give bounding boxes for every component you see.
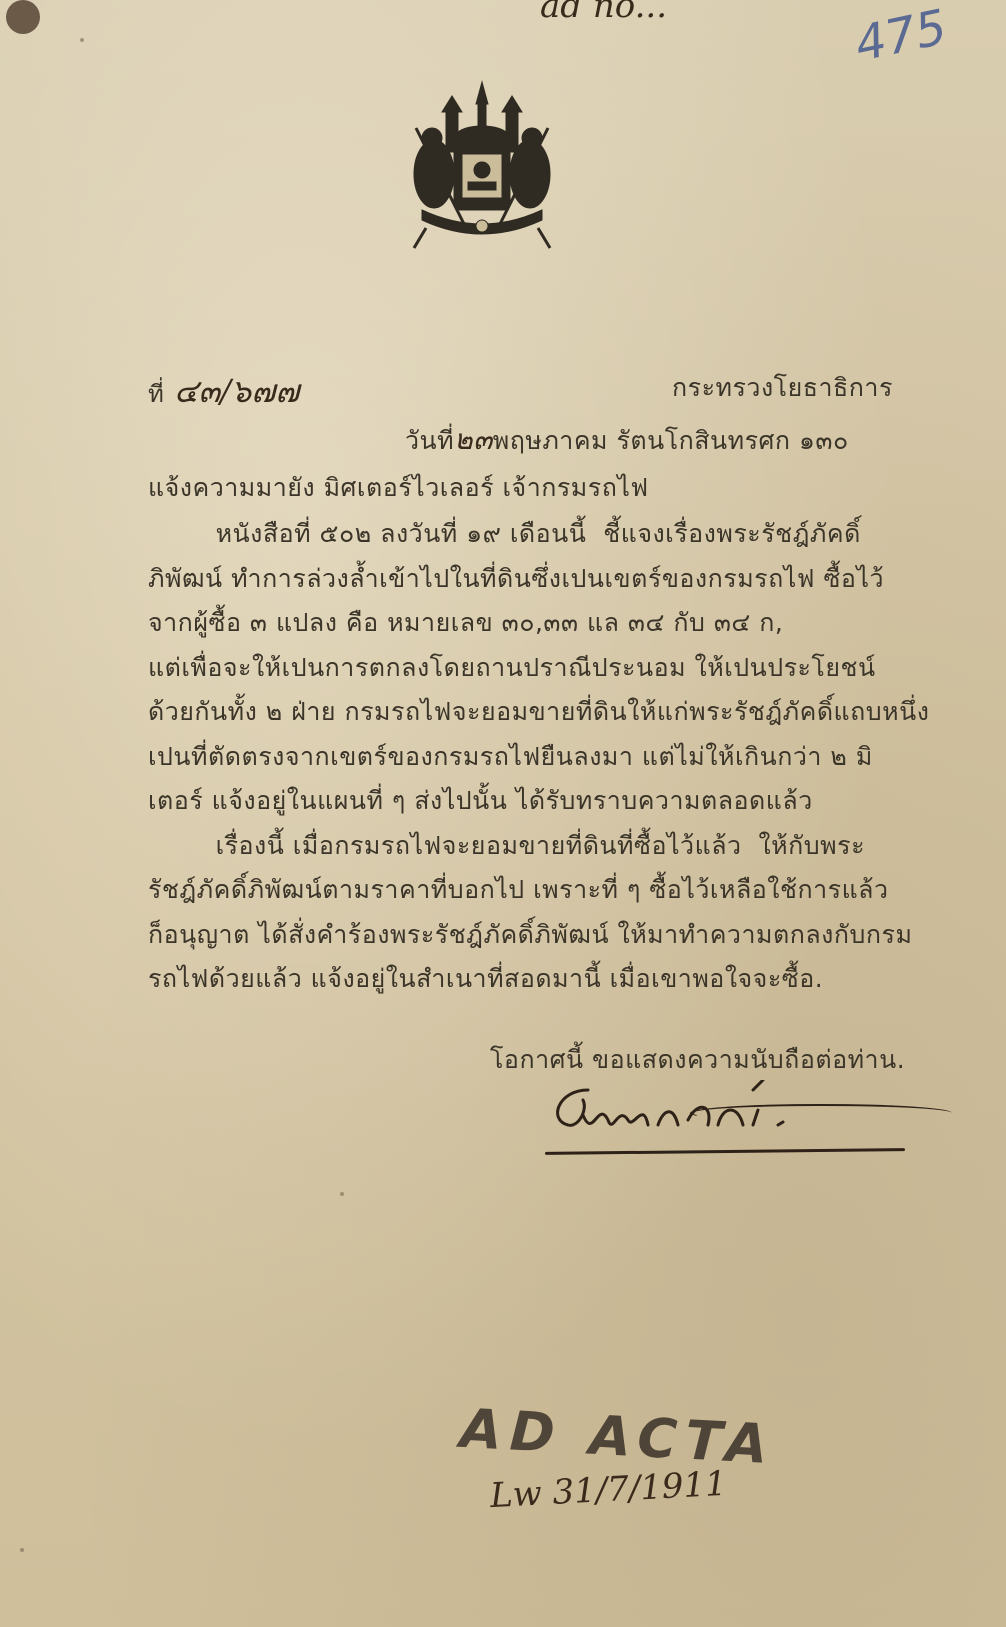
reference-value: ๔๓/๖๗๗ — [174, 372, 299, 410]
body-line: เปนที่ตัดตรงจากเขตร์ของกรมรถไฟยืนลงมา แต… — [148, 735, 968, 780]
date-prefix: วันที่ — [405, 426, 454, 455]
stamp-handwritten-date: Lw 31/7/1911 — [489, 1464, 728, 1516]
reference-number: ที่ ๔๓/๖๗๗ — [148, 366, 299, 417]
body-line: หนังสือที่ ๕๐๒ ลงวันที่ ๑๙ เดือนนี้ ชี้แ… — [148, 512, 968, 557]
page-number-annotation: 475 — [850, 0, 951, 73]
closing-line: โอกาศนี้ ขอแสดงความนับถือต่อท่าน. — [490, 1040, 905, 1080]
top-handwritten-annotation: ad no... — [540, 0, 667, 26]
body-line: ก็อนุญาต ได้สั่งคำร้องพระรัชฎ์ภัคดิ์ภิพั… — [148, 913, 968, 958]
date-day-handwritten: ๒๓ — [454, 423, 493, 456]
punch-hole — [6, 0, 40, 34]
royal-coat-of-arms-icon — [402, 78, 562, 254]
body-line: เตอร์ แจ้งอยู่ในแผนที่ ๆ ส่งไปนั้น ได้รั… — [148, 779, 968, 824]
letter-body: หนังสือที่ ๕๐๒ ลงวันที่ ๑๙ เดือนนี้ ชี้แ… — [148, 512, 968, 1002]
body-line: ภิพัฒน์ ทำการล่วงล้ำเข้าไปในที่ดินซึ่งเป… — [148, 557, 968, 602]
body-line: จากผู้ซื้อ ๓ แปลง คือ หมายเลข ๓๐,๓๓ แล ๓… — [148, 601, 968, 646]
addressee-line: แจ้งความมายัง มิศเตอร์ไวเลอร์ เจ้ากรมรถไ… — [148, 468, 649, 508]
body-line: แต่เพื่อจะให้เปนการตกลงโดยถานปราณีประนอม… — [148, 646, 968, 691]
ad-acta-stamp: AD ACTA — [459, 1397, 777, 1476]
paper-speck — [20, 1548, 24, 1552]
ministry-name: กระทรวงโยธาธิการ — [672, 368, 893, 408]
signature-flourish — [690, 1104, 952, 1122]
body-line: รถไฟด้วยแล้ว แจ้งอยู่ในสำเนาที่สอดมานี้ … — [148, 957, 968, 1002]
body-line: เรื่องนี้ เมื่อกรมรถไฟจะยอมขายที่ดินที่ซ… — [148, 824, 968, 869]
body-line: รัชฎ์ภัคดิ์ภิพัฒน์ตามราคาที่บอกไป เพราะท… — [148, 868, 968, 913]
paper-speck — [80, 38, 84, 42]
reference-label: ที่ — [148, 380, 164, 408]
document-page: ad no... 475 — [0, 0, 1006, 1627]
body-line: ด้วยกันทั้ง ๒ ฝ่าย กรมรถไฟจะยอมขายที่ดิน… — [148, 690, 968, 735]
date-line: วันที่๒๓พฤษภาคม รัตนโกสินทรศก ๑๓๐ — [405, 418, 849, 462]
date-rest: พฤษภาคม รัตนโกสินทรศก ๑๓๐ — [493, 426, 849, 455]
paper-speck — [340, 1192, 344, 1196]
